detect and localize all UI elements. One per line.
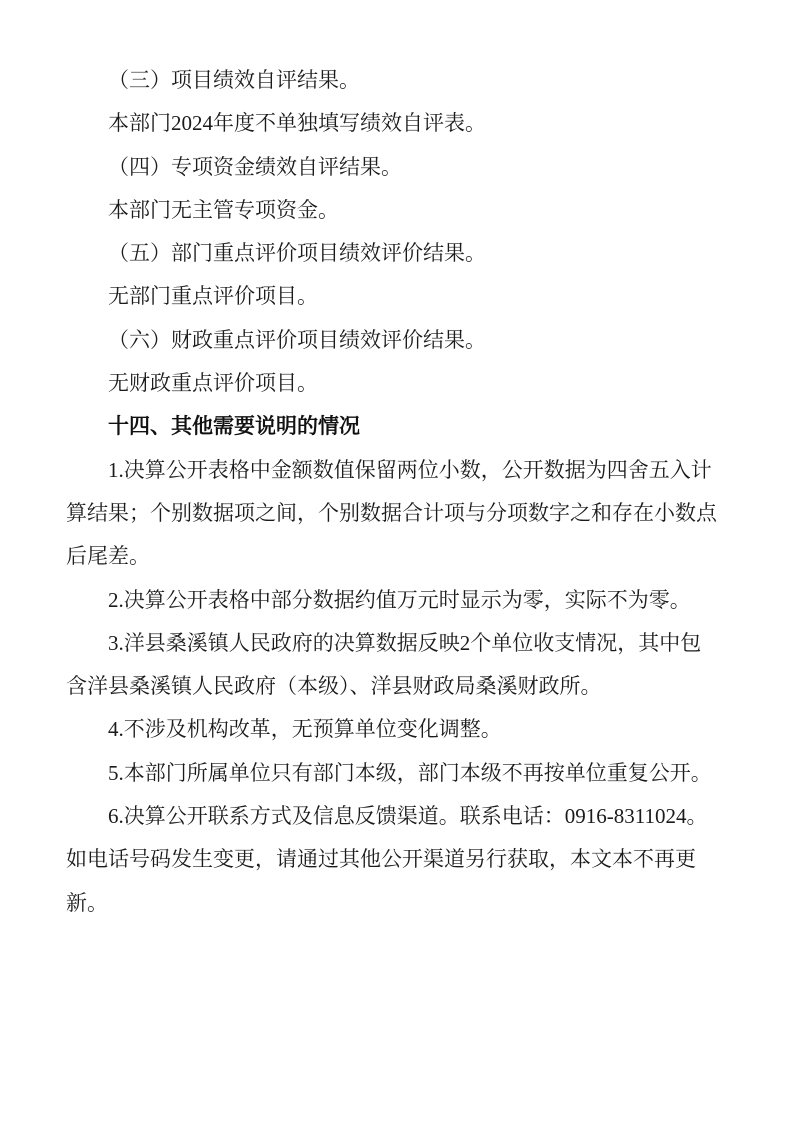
- perf-item-4-body: 本部门无主管专项资金。: [66, 189, 727, 232]
- section-14-heading: 十四、其他需要说明的情况: [66, 405, 727, 448]
- note-1-line-1: 1.决算公开表格中金额数值保留两位小数，公开数据为四舍五入计: [66, 449, 727, 492]
- note-5-line-1: 5.本部门所属单位只有部门本级，部门本级不再按单位重复公开。: [66, 752, 727, 795]
- note-2-line-1: 2.决算公开表格中部分数据约值万元时显示为零，实际不为零。: [66, 579, 727, 622]
- perf-item-5-title: （五）部门重点评价项目绩效评价结果。: [66, 232, 727, 275]
- note-6-line-2: 如电话号码发生变更，请通过其他公开渠道另行获取，本文本不再更: [66, 838, 727, 881]
- perf-item-3-body: 本部门2024年度不单独填写绩效自评表。: [66, 102, 727, 145]
- perf-item-6-body: 无财政重点评价项目。: [66, 362, 727, 405]
- perf-item-4-title: （四）专项资金绩效自评结果。: [66, 146, 727, 189]
- note-3-line-2: 含洋县桑溪镇人民政府（本级）、洋县财政局桑溪财政所。: [66, 665, 727, 708]
- perf-item-6-title: （六）财政重点评价项目绩效评价结果。: [66, 319, 727, 362]
- note-6-line-3: 新。: [66, 882, 727, 925]
- note-1-line-3: 后尾差。: [66, 535, 727, 578]
- note-4-line-1: 4.不涉及机构改革，无预算单位变化调整。: [66, 708, 727, 751]
- note-3-line-1: 3.洋县桑溪镇人民政府的决算数据反映2个单位收支情况，其中包: [66, 622, 727, 665]
- perf-item-5-body: 无部门重点评价项目。: [66, 275, 727, 318]
- note-6-line-1: 6.决算公开联系方式及信息反馈渠道。联系电话：0916-8311024。: [66, 795, 727, 838]
- note-1-line-2: 算结果；个别数据项之间，个别数据合计项与分项数字之和存在小数点: [66, 492, 727, 535]
- perf-item-3-title: （三）项目绩效自评结果。: [66, 59, 727, 102]
- document-page: （三）项目绩效自评结果。 本部门2024年度不单独填写绩效自评表。 （四）专项资…: [0, 0, 793, 1122]
